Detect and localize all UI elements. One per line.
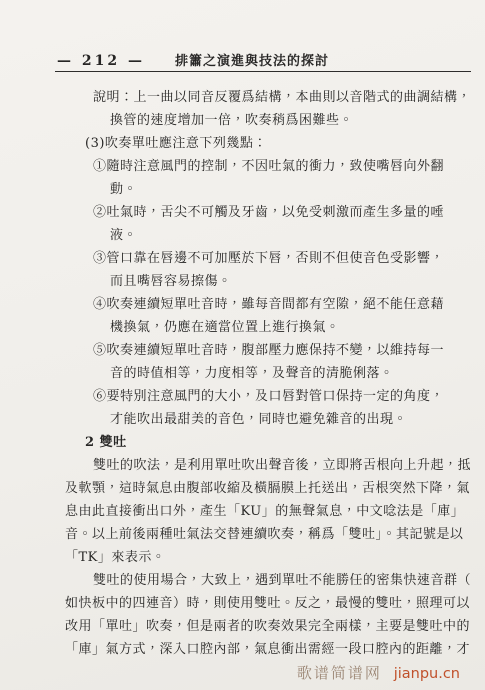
- text-line: ⑤吹奏連續短單吐音時，腹部壓力應保持不變，以維持每一: [93, 339, 467, 362]
- watermark-site-url: jianpu.cn: [394, 666, 460, 682]
- text-line: 音的時值相等，力度相等，及聲音的清脆俐落。: [110, 362, 467, 385]
- text-line: 「TK」來表示。: [65, 546, 467, 569]
- text-line: 改用「單吐」吹奏，但是兩者的吹奏效果完全兩樣，主要是雙吐中的: [65, 615, 467, 638]
- text-line: 才能吹出最甜美的音色，同時也避免雜音的出現。: [110, 408, 467, 431]
- text-line: 雙吐的吹法，是利用單吐吹出聲音後，立即將舌根向上升起，抵: [93, 454, 467, 477]
- text-line: 2 雙吐: [85, 431, 467, 454]
- page-body: 說明：上一曲以同音反覆爲結構，本曲則以音階式的曲調結構，換管的速度增加一倍，吹奏…: [65, 86, 467, 661]
- text-line: 動。: [110, 178, 467, 201]
- text-line: ①隨時注意風門的控制，不因吐氣的衝力，致使嘴唇向外翻: [93, 155, 467, 178]
- text-line: (3)吹奏單吐應注意下列幾點：: [85, 132, 467, 155]
- page-number: — 212 —: [57, 53, 145, 69]
- watermark-site-name: 歌谱简谱网: [297, 664, 382, 682]
- text-line: 液。: [110, 224, 467, 247]
- watermark: 歌谱简谱网 jianpu.cn: [297, 662, 460, 683]
- text-line: ⑥要特別注意風門的大小，及口唇對管口保持一定的角度，: [93, 385, 467, 408]
- text-line: ④吹奏連續短單吐音時，雖每音間都有空隙，絕不能任意藉: [93, 293, 467, 316]
- text-line: 如快板中的四連音）時，則使用雙吐。反之，最慢的雙吐，照理可以: [65, 592, 467, 615]
- text-line: 雙吐的使用場合，大致上，遇到單吐不能勝任的密集快速音群（: [93, 569, 467, 592]
- text-line: ②吐氣時，舌尖不可觸及牙齒，以免受刺激而產生多量的唾: [93, 201, 467, 224]
- text-line: 機換氣，仍應在適當位置上進行換氣。: [110, 316, 467, 339]
- book-title: 排簫之演進與技法的探討: [175, 50, 329, 69]
- page-header: — 212 — 排簫之演進與技法的探討: [57, 50, 470, 69]
- text-line: 而且嘴唇容易擦傷。: [110, 270, 467, 293]
- text-line: 說明：上一曲以同音反覆爲結構，本曲則以音階式的曲調結構，: [93, 86, 467, 109]
- text-line: ③管口靠在唇邊不可加壓於下唇，否則不但使音色受影響，: [93, 247, 467, 270]
- text-line: 息由此直接衝出口外，產生「KU」的無聲氣息，中文唸法是「庫」: [65, 500, 467, 523]
- text-line: 換管的速度增加一倍，吹奏稍爲困難些。: [110, 109, 467, 132]
- text-line: 音。以上前後兩種吐氣法交替連續吹奏，稱爲「雙吐」。其記號是以: [65, 523, 467, 546]
- header-divider: [55, 71, 471, 72]
- text-line: 「庫」氣方式，深入口腔內部，氣息衝出需經一段口腔內的距離，才: [65, 638, 467, 661]
- text-line: 及軟顎，這時氣息由腹部收縮及橫膈膜上托送出，舌根突然下降，氣: [65, 477, 467, 500]
- book-page: — 212 — 排簫之演進與技法的探討 說明：上一曲以同音反覆爲結構，本曲則以音…: [0, 0, 485, 690]
